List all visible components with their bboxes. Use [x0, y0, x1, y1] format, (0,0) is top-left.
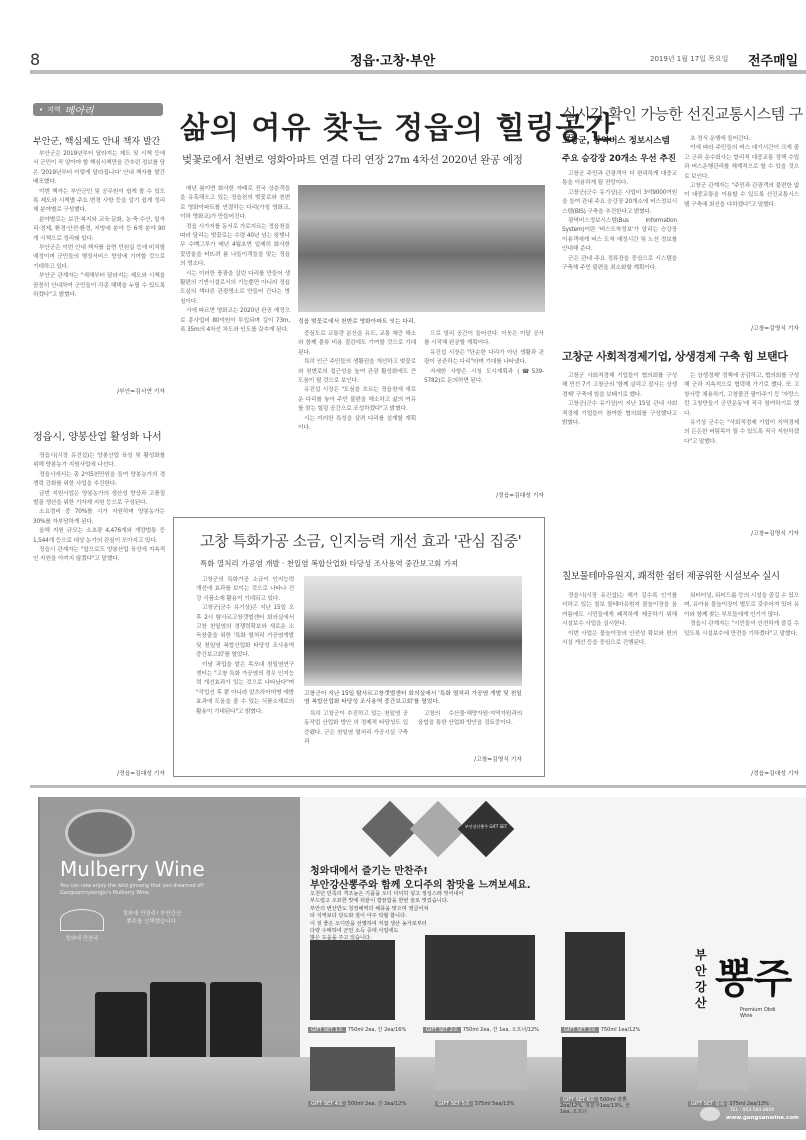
paragraph: 고창군 주민과 관광객이 더 편리하게 대중교통을 이용하게 될 전망이다. [562, 170, 677, 189]
paragraph: 고창군(군수 유기상)은 지난 15일 오후 2시 탐사르고창갯벌센터 회의실에… [196, 604, 294, 660]
column-tag: • 지역 메아리 [33, 103, 163, 116]
brand-badge-icon [65, 809, 135, 857]
gift-set-4-image [310, 1047, 395, 1091]
ad-body-line: 타 지역보다 당도와 질이 아주 탁월 합니다. [310, 913, 530, 920]
paragraph: 소요경비 중 70%를 시가 지원하며 양봉농가는 30%를 자부담하게 된다. [33, 508, 165, 527]
paragraph: 이날 과업을 맡은 목포대 천일염연구센터는 "고창 특화 가공염의 경우 인지… [196, 661, 294, 717]
byline: /부안=김서연 기자 [33, 386, 165, 395]
paragraph: 초 정식 운행에 들어간다. [684, 135, 799, 144]
paragraph: 정읍시 관계자는 "앞으로도 양봉산업 육성에 지속적인 지원을 아끼지 않겠다… [33, 546, 165, 565]
paragraph: 정읍시(시장 유진섭)는 양봉산업 육성 및 활성화를 위해 양봉농가 지원사업… [33, 452, 165, 471]
meeting-photo [304, 576, 522, 686]
paragraph: 부안군 관계자는 "새해부터 달라지는 제도와 시책을 꼼꼼히 안내하여 군민들… [33, 272, 165, 300]
paragraph: 고창군(군수 유기상)은 사업비 3억9000여원을 들여 관내 주요 승강장 … [562, 189, 677, 217]
article-body: 매년 봄이면 화사한 자태로 전국 상춘객들을 유혹해오고 있는 정읍천의 벚꽃… [180, 185, 290, 505]
tag-small: 지역 [47, 105, 61, 115]
newspaper-brand: 전주매일 [748, 50, 798, 69]
main-headline: 삶의 여유 찾는 정읍의 힐링공간 [180, 103, 616, 147]
brand-english: Premium Obdi Wine [740, 1007, 780, 1019]
ad-headline: 청와대에서 즐기는 만찬주! [310, 862, 428, 877]
paragraph: 시는 이러한 풍광을 살린 다리를 만들어 생활편의 기반시설로서의 기능뿐만 … [180, 270, 290, 308]
paragraph: 부안군은 이번 안내 책자를 읍면 민원실 등에 비치할 예정이며 군민들의 행… [33, 244, 165, 272]
article-body: 정읍시(시장 유진섭)는 양봉산업 육성 및 활성화를 위해 양봉농가 지원사업… [33, 452, 165, 770]
article-body: 고창군의 특화가공 소금이 인지능력 개선에 효과를 보이는 것으로 나타나 건… [196, 576, 294, 766]
gift-set-label: GIFT SET 5호375ml 5ea/13% [435, 1100, 514, 1107]
section-title: 정읍·고창·부안 [350, 50, 435, 69]
gift-set-7-image [698, 1040, 748, 1090]
paragraph: 유기상 군수는 "사회적경제 기업이 지역경제의 든든한 버팀목이 될 수 있도… [684, 419, 799, 447]
byline: /정읍=김대성 기자 [33, 768, 165, 777]
article-body: 특히 고창군이 추진하고 있는 천일염 공동작업 산업화 방안 의 경제적 타당… [304, 710, 408, 770]
paragraph: 자세한 사항은 시청 도시계획과 (☎539-5782)로 문의하면 된다. [424, 368, 544, 387]
paragraph: 올해 지원 규모는 소초광 4,476개와 개량벌통 등 1,544개 등으로 … [33, 527, 165, 546]
article-subheadline: 고창군, 광역버스 정보시스템 [562, 134, 670, 146]
gift-set-label: GIFT SET 1호750ml 2ea, 잔 2ea/16% [308, 1026, 406, 1033]
article-body: 초 정식 운행에 들어간다. 이에 따라 주민들의 버스 대기시간이 크게 줄고… [684, 135, 799, 320]
brand-vertical: 부안강산 [695, 947, 709, 1011]
article-body: 중심도로 교통량 분산을 유도, 교통 체증 해소와 함께 물류 비용 절감에도… [298, 330, 416, 505]
wine-advertisement[interactable]: Mulberry Wine You can now enjoy the wild… [38, 797, 806, 1130]
box-headline: 고창 특화가공 소금, 인지능력 개선 효과 '관심 집중' [200, 530, 521, 551]
paragraph: 정읍 시가지를 동서로 가로지르는 정읍천을 따라 달리는 벚꽃로는 수령 40… [180, 223, 290, 270]
article-body: 는 상생경제' 정책에 공감하고, 협의회를 구성해 군과 지속적으로 협력해 … [684, 372, 799, 527]
paragraph: 매년 봄이면 화사한 자태로 전국 상춘객들을 유혹해오고 있는 정읍천의 벚꽃… [180, 185, 290, 223]
wine-title: Mulberry Wine [60, 857, 205, 881]
gift-set-name: GIFT SET 4호 [308, 1101, 346, 1107]
paragraph: 이번 책자는 부안군민 및 공무원이 쉽게 볼 수 있도록 제도와 시책별 주요… [33, 188, 165, 216]
article-body: 고창군 사회적경제 기업들이 협의회를 구성해 민선 7기 고창군의 '함께 살… [562, 372, 677, 540]
article-body: 정읍시(시장 유진섭)는 해가 갈수록 인기를 더하고 있는 칠보 물테마유원지… [562, 592, 677, 772]
byline: /정읍=김대성 기자 [684, 768, 799, 777]
brand-big: 뽕주 [715, 947, 792, 1004]
ad-website-link[interactable]: www.gangsanwine.com [726, 1115, 799, 1121]
byline: /고창=김영식 기자 [684, 323, 799, 332]
header-rule [30, 70, 806, 74]
tag-big: 메아리 [65, 102, 94, 117]
ad-headline: 부안강산뽕주와 함께 오디주의 참맛을 느껴보세요. [310, 876, 531, 891]
article-body: 워터터널, 워터드롭 등의 시설을 즐길 수 있으며, 유아용 물놀이장이 별도… [684, 592, 799, 762]
paragraph: 금번 지원사업은 양봉농가의 생산성 향상과 고품질 벌꿀 생산을 위한 기자재… [33, 490, 165, 509]
paragraph: 유진섭 시장은 "도심을 흐르는 정읍천에 새로운 다리를 놓아 주민 불편을 … [298, 386, 416, 414]
paragraph: 유진섭 시장은 "단순한 다리가 아닌 생활과 관광이 공존하는 다리"라며 기… [424, 349, 544, 368]
article-subheadline: 주요 승강장 20개소 우선 추진 [562, 152, 676, 164]
gift-set-badge-text: 부안강산뽕주 GIFT SET [458, 824, 514, 830]
byline: /고창=김영식 기자 [418, 754, 522, 763]
logo-caption: 청와대 만찬주 [50, 935, 114, 943]
boxed-article: 고창 특화가공 소금, 인지능력 개선 효과 '관심 집중' 특화 열처리 가공… [173, 517, 545, 777]
paragraph: 으로 멀리 공간이 들어선다. 이웃은 이달 공사를 시작해 완공할 계획이다. [424, 330, 544, 349]
byline: /고창=김영식 기자 [684, 528, 799, 537]
paragraph: 부안군은 2019년부터 달라지는 제도 및 시책 등에서 군민이 꼭 알아야 … [33, 150, 165, 188]
blue-house-text: 청와대 만찬주! 부안강산뽕주를 선택했습니다. [122, 910, 182, 926]
box-subheadline: 특화 열처리 가공염 개발 · 천일염 복합산업화 타당성 조사용역 중간보고회… [200, 558, 458, 569]
gift-set-2-image [425, 935, 535, 1020]
gift-set-name: GIFT SET 1호 [308, 1027, 346, 1033]
article-headline: 부안군, 핵심제도 안내 책자 발간 [33, 134, 160, 147]
page-number: 8 [30, 50, 40, 69]
article-body: 고창의 수산물·해양자원·지역자원과의 융합을 통한 산업화 방안을 검토중이다… [418, 710, 522, 750]
ad-body-line: 이 질 좋은 오디만을 선별하여 직접 생산 농가로부터 [310, 921, 530, 928]
gift-set-spec: 750ml 1ea/12% [601, 1027, 641, 1033]
wine-subtitle-line: Gangsanmyeongju's Mulberry Wine. [60, 890, 204, 897]
paragraph: 정읍시(시장 유진섭)는 해가 갈수록 인기를 더하고 있는 칠보 물테마유원지… [562, 592, 677, 630]
gift-set-name: GIFT SET 3호 [561, 1027, 599, 1033]
ad-body-line: 부드럽고 오묘한 맛에 뒤끝이 깔끔함을 한번 술로 빚었습니다. [310, 898, 530, 905]
paragraph: 광역버스정보시스템(Bus Information System)이란 '버스도… [562, 217, 677, 255]
paragraph: 특히 고창군이 추진하고 있는 천일염 공동작업 산업화 방안 의 경제적 타당… [304, 710, 408, 748]
ad-rule [30, 785, 806, 788]
paragraph: 중심도로 교통량 분산을 유도, 교통 체증 해소와 함께 물류 비용 절감에도… [298, 330, 416, 358]
article-headline: 칠보물테마유원지, 쾌적한 쉼터 제공위한 시설보수 실시 [562, 568, 780, 582]
paragraph: 시에 따르면 영화교는 2020년 완공 예정으로 총사업비 80억원이 투입되… [180, 307, 290, 335]
photo-caption: 고창군이 지난 15일 탐사르고창갯벌센터 회의실에서 '특화 열처리 가공염 … [304, 690, 522, 706]
paragraph: 군은 관내 주요 정류장을 중심으로 시스템을 구축해 주민 불편을 최소화할 … [562, 255, 677, 274]
paragraph: 이번 사업은 물놀이장의 안전성 확보와 편의시설 개선 등을 중심으로 진행된… [562, 630, 677, 649]
paragraph: 고창군의 특화가공 소금이 인지능력 개선에 효과를 보이는 것으로 나타나 건… [196, 576, 294, 604]
wine-subtitle-line: You can now enjoy the wild ginseng that … [60, 883, 204, 890]
company-logo-icon [700, 1107, 720, 1121]
photo-caption: 정읍 벚꽃로에서 천변로 영화아파트 잇는 다리. [298, 316, 415, 325]
gift-set-label: GIFT SET 3호750ml 1ea/12% [561, 1026, 640, 1033]
gift-set-spec: 500ml 2ea, 잔 2ea/12% [348, 1101, 406, 1107]
gift-set-name: GIFT SET 2호 [423, 1027, 461, 1033]
paragraph: 고창군 관계자는 "주민과 관광객의 불편한 없이 대중교통을 이용할 수 있도… [684, 182, 799, 210]
paragraph: 고창의 수산물·해양자원·지역자원과의 융합을 통한 산업화 방안을 검토중이다… [418, 710, 522, 729]
gift-set-spec: 750ml 2ea, 잔 2ea/16% [348, 1027, 406, 1033]
gift-set-spec: 750ml 2ea, 잔 1ea, 오프너/12% [463, 1027, 539, 1033]
paragraph: 정읍시에서는 총 2억5천만원을 들여 양봉농가의 경쟁력 강화를 위한 사업을… [33, 471, 165, 490]
paragraph: 정읍시 관계자는 "시민들이 안전하게 즐길 수 있도록 시설보수에 만전을 기… [684, 620, 799, 639]
ad-telephone: TEL : 063-584-8800 [730, 1108, 774, 1113]
gift-set-label: GIFT SET 실속375ml 2ea/13% [688, 1100, 769, 1107]
gift-set-label: GIFT SET 4호500ml 2ea, 잔 2ea/12% [308, 1100, 406, 1107]
article-body: 으로 멀리 공간이 들어선다. 이웃은 이달 공사를 시작해 완공할 계획이다.… [424, 330, 544, 490]
gift-set-5-image [435, 1040, 527, 1090]
paragraph: 워터터널, 워터드롭 등의 시설을 즐길 수 있으며, 유아용 물놀이장이 별도… [684, 592, 799, 620]
byline: /정읍=김대성 기자 [424, 490, 544, 499]
paragraph: 이에 따라 주민들의 버스 대기시간이 크게 줄고 군과 운수회사는 합리적 대… [684, 144, 799, 182]
article-body: 부안군은 2019년부터 달라지는 제도 및 시책 등에서 군민이 꼭 알아야 … [33, 150, 165, 382]
gift-set-1-image [310, 940, 395, 1020]
main-subheadline: 벚꽃로에서 천변로 영화아파트 연결 다리 연장 27m 4차선 2020년 완… [182, 152, 523, 167]
paragraph: 고창군(군수 유기상)이 지난 15일 관내 사회적경제 기업들이 참여한 협의… [562, 400, 677, 428]
bridge-photo [298, 185, 545, 312]
article-headline: 정읍시, 양봉산업 활성화 나서 [33, 428, 162, 443]
issue-date: 2019년 1월 17일 목요일 [650, 54, 728, 64]
paragraph: 분야별로는 보건·복지와 교육·문화, 농·축·수산, 일자리·경제, 환경·안… [33, 216, 165, 244]
gift-set-label: GIFT SET 6호500ml 장뽕2ea/12%, 복분자1ea/13%, … [560, 1097, 630, 1115]
gift-set-spec: 375ml 2ea/13% [729, 1101, 769, 1107]
gift-set-name: GIFT SET 5호 [435, 1101, 473, 1107]
gift-set-3-image [565, 932, 625, 1020]
paragraph: 고창군 사회적경제 기업들이 협의회를 구성해 민선 7기 고창군의 '함께 살… [562, 372, 677, 400]
gift-set-spec: 375ml 5ea/13% [475, 1101, 515, 1107]
blue-house-icon [60, 909, 104, 931]
tag-bullet-icon: • [39, 106, 43, 114]
gift-set-label: GIFT SET 2호750ml 2ea, 잔 1ea, 오프너/12% [423, 1026, 539, 1033]
paragraph: 시는 이러한 특성을 살려 다리를 설계할 계획이다. [298, 415, 416, 434]
article-body: 고창군 주민과 관광객이 더 편리하게 대중교통을 이용하게 될 전망이다. 고… [562, 170, 677, 340]
wine-subtitle: You can now enjoy the wild ginseng that … [60, 883, 204, 897]
gift-set-6-image [562, 1037, 626, 1092]
paragraph: 는 상생경제' 정책에 공감하고, 협의회를 구성해 군과 지속적으로 협력해 … [684, 372, 799, 419]
brush-stroke-bg [40, 1057, 806, 1130]
article-headline: 고창군 사회적경제기업, 상생경제 구축 힘 보탠다 [562, 348, 787, 364]
paragraph: 특히 인근 주민들의 생활권을 개선하고 벚꽃로와 천변로의 접근성을 높여 관… [298, 358, 416, 386]
